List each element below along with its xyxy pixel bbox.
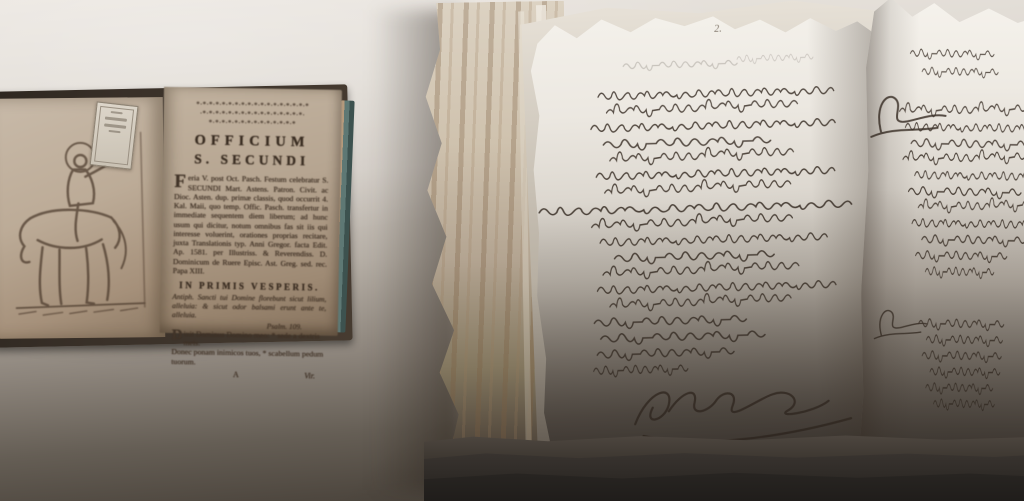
bookplate-text-line (111, 111, 123, 114)
bottom-page-edges (424, 434, 1024, 501)
page-edge-layer (424, 472, 1024, 501)
psalm-verse-2: Donec ponam inimicos tuos, * scabellum p… (171, 347, 325, 368)
bookplate-text-line (104, 123, 126, 128)
page-title-line1: OFFICIUM (175, 132, 329, 152)
bookplate-border (94, 106, 134, 165)
gutter-shadow (526, 7, 898, 467)
manuscript-right-page (859, 0, 1024, 463)
manuscript-left-page: 2. (526, 7, 898, 467)
library-bookplate (90, 101, 139, 169)
signature-mark: A (233, 370, 239, 379)
gutter-shadow (859, 0, 1024, 463)
left-page-woodcut (0, 97, 165, 339)
museum-books-photo: *·*·*·*·*·*·*·*·*·*·*·*·*·*·*·*·*·* ·*·*… (0, 0, 1024, 501)
ornament-row: *·*·*·*·*·*·*·*·*·*·*·*·*·* (175, 118, 329, 131)
rubric-paragraph: Feria V. post Oct. Pasch. Festum celebra… (173, 173, 329, 277)
right-page-printed-text: *·*·*·*·*·*·*·*·*·*·*·*·*·*·*·*·*·* ·*·*… (160, 87, 342, 336)
catchword: Vir. (304, 371, 315, 380)
page-title-line2: S. SECUNDI (175, 151, 329, 170)
manuscript-volume: 2. (404, 0, 1024, 501)
printed-breviary-book: *·*·*·*·*·*·*·*·*·*·*·*·*·*·*·*·*·* ·*·*… (0, 82, 359, 356)
antiphon-text: Antiph. Sancti tui Domine florebunt sicu… (172, 293, 326, 322)
bookplate-text-line (108, 130, 120, 133)
section-heading: IN PRIMIS VESPERIS. (172, 280, 326, 293)
bookplate-text-line (105, 116, 127, 121)
